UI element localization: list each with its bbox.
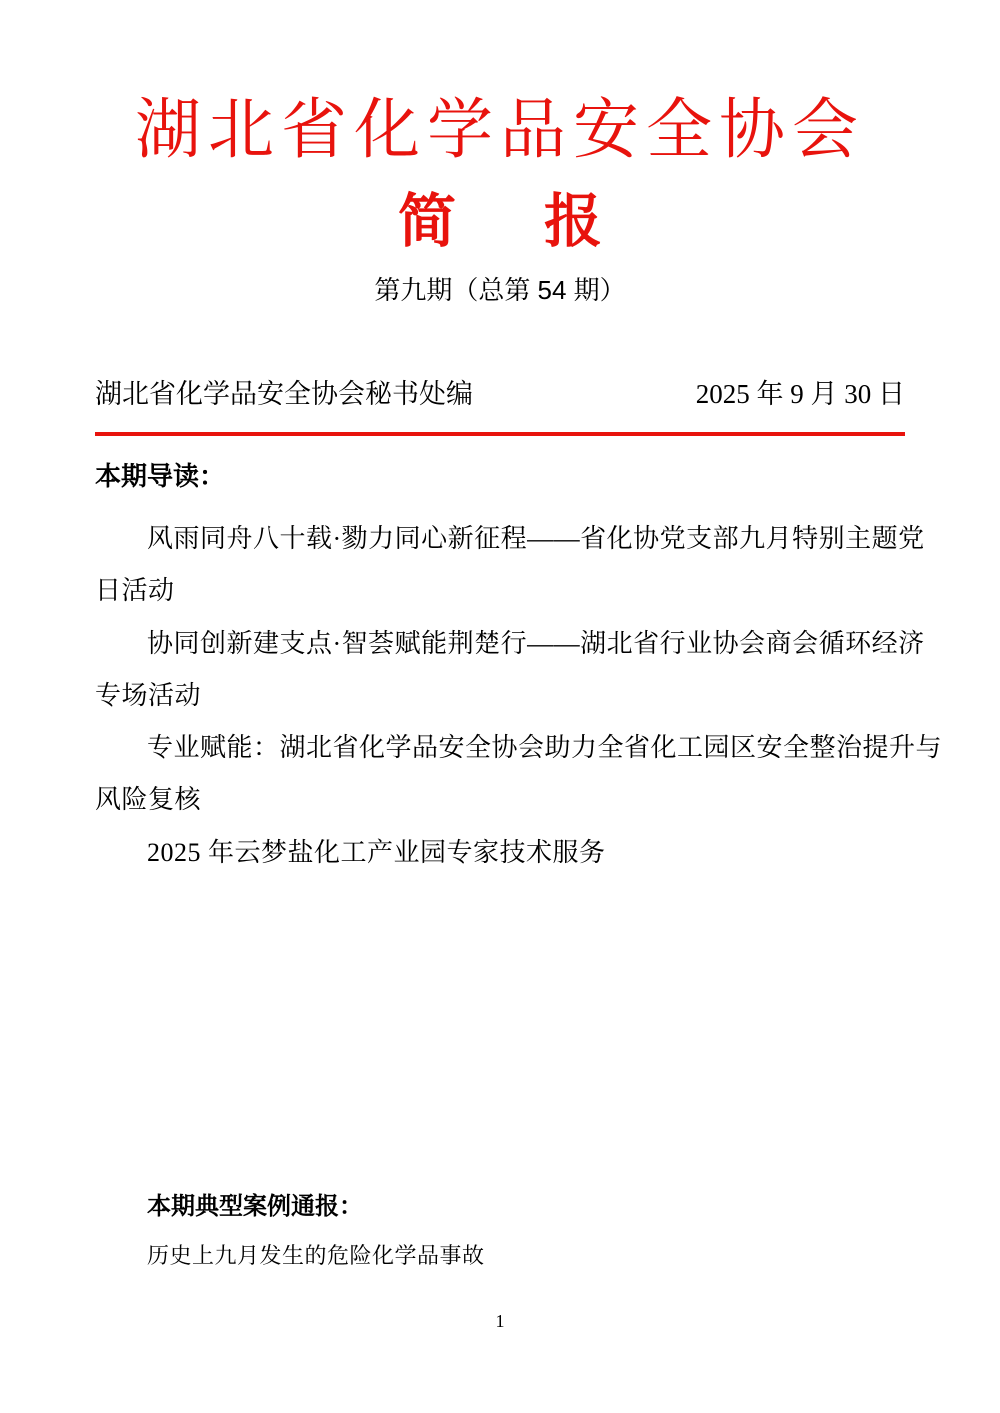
case-report-line: 历史上九月发生的危险化学品事故 <box>147 1243 485 1269</box>
guide-line: 日活动 <box>95 565 925 617</box>
guide-line: 2025 年云梦盐化工产业园专家技术服务 <box>95 827 925 879</box>
issue-number-line: 第九期（总第 54 期） <box>0 274 1000 306</box>
bulletin-title: 简 报 <box>0 190 1000 254</box>
page-number: 1 <box>0 1310 1000 1332</box>
case-report-heading: 本期典型案例通报： <box>147 1192 363 1221</box>
guide-line: 风雨同舟八十载·勠力同心新征程——省化协党支部九月特别主题党 <box>95 513 925 565</box>
editor-credit: 湖北省化学品安全协会秘书处编 <box>95 378 473 411</box>
guide-line: 专业赋能：湖北省化学品安全协会助力全省化工园区安全整治提升与 <box>95 722 925 774</box>
red-divider-rule <box>95 432 905 436</box>
guide-line: 专场活动 <box>95 670 925 722</box>
guide-line: 协同创新建支点·智荟赋能荆楚行——湖北省行业协会商会循环经济 <box>95 618 925 670</box>
bulletin-page: 湖北省化学品安全协会 简 报 第九期（总第 54 期） 湖北省化学品安全协会秘书… <box>0 0 1000 1413</box>
guide-section-body: 风雨同舟八十载·勠力同心新征程——省化协党支部九月特别主题党 日活动 协同创新建… <box>95 513 925 879</box>
guide-section-heading: 本期导读： <box>95 461 225 491</box>
publication-date: 2025 年 9 月 30 日 <box>696 378 905 411</box>
guide-line: 风险复核 <box>95 774 925 826</box>
organization-title: 湖北省化学品安全协会 <box>0 94 1000 168</box>
editor-date-row: 湖北省化学品安全协会秘书处编 2025 年 9 月 30 日 <box>95 378 905 411</box>
